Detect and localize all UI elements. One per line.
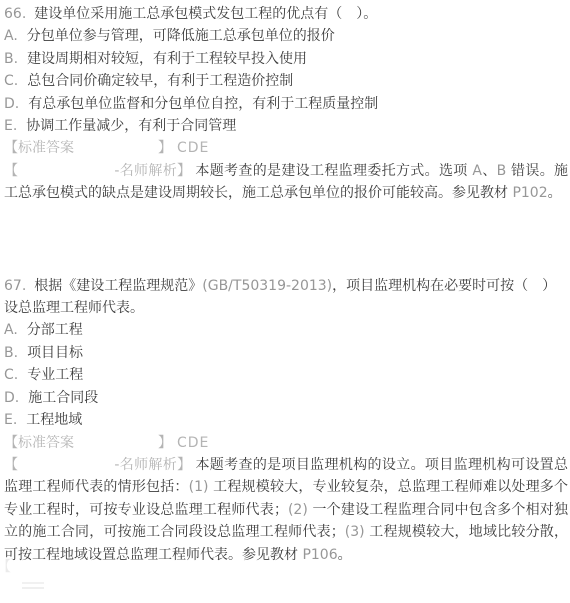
analysis-paragraph: 【-名师解析】本题考查的是建设工程监理委托方式。选项 A、B 错误。施工总承包模… xyxy=(4,160,568,205)
latin-text: (1) xyxy=(189,479,209,495)
option-text: 有总承包单位监督和分包单位自控，有利于工程质量控制 xyxy=(28,96,378,112)
analysis-paragraph: 【-名师解析】本题考查的是项目监理机构的设立。项目监理机构可设置总监理工程师代表… xyxy=(4,454,568,566)
question-number: 67. xyxy=(4,278,26,294)
option-row: C.总包合同价确定较早，有利于工程造价控制 xyxy=(4,70,568,92)
latin-text: A xyxy=(472,163,482,179)
question-stem: 66.建设单位采用施工总承包模式发包工程的优点有（ ）。 xyxy=(4,3,568,25)
question-stem: 67.根据《建设工程监理规范》(GB/T50319-2013)，项目监理机构在必… xyxy=(4,275,568,320)
faint-artifact-bracket: 【 xyxy=(0,556,11,578)
option-letter: E. xyxy=(4,409,17,431)
option-text: 工程地域 xyxy=(26,412,82,428)
option-row: A.分部工程 xyxy=(4,319,568,341)
document-page: { "colors": { "background": "#ffffff", "… xyxy=(0,0,570,603)
option-text: 分部工程 xyxy=(27,322,83,338)
analysis-label: -名师解析】 xyxy=(114,163,191,179)
options-list: A.分包单位参与管理，可降低施工总承包单位的报价 B.建设周期相对较短，有利于工… xyxy=(4,25,568,137)
option-letter: A. xyxy=(4,25,18,47)
option-letter: E. xyxy=(4,115,17,137)
option-row: C.专业工程 xyxy=(4,364,568,386)
option-letter: D. xyxy=(4,93,19,115)
question-number: 66. xyxy=(4,6,26,22)
option-row: E.工程地域 xyxy=(4,409,568,431)
option-letter: C. xyxy=(4,70,18,92)
option-row: B.项目目标 xyxy=(4,342,568,364)
analysis-bracket-open: 【 xyxy=(4,457,18,473)
answer-label-open: 【标准答案 xyxy=(4,435,74,451)
question-text: 建设单位采用施工总承包模式发包工程的优点有（ ）。 xyxy=(34,6,377,22)
option-text: 项目目标 xyxy=(27,345,83,361)
analysis-bracket-open: 【 xyxy=(4,163,18,179)
exam-content: 66.建设单位采用施工总承包模式发包工程的优点有（ ）。 A.分包单位参与管理，… xyxy=(0,0,570,566)
options-list: A.分部工程 B.项目目标 C.专业工程 D.施工合同段 E.工程地域 xyxy=(4,319,568,431)
option-text: 专业工程 xyxy=(27,367,83,383)
option-text: 总包合同价确定较早，有利于工程造价控制 xyxy=(27,73,293,89)
answer-value: CDE xyxy=(177,435,209,451)
standard-answer-row: 【标准答案】CDE xyxy=(4,432,568,454)
analysis-text: 本题考查的是项目监理机构的设立。项目监理机构可设置总监理工程师代表的情形包括：(… xyxy=(4,457,568,563)
standard-answer-row: 【标准答案】CDE xyxy=(4,137,568,159)
analysis-text: 本题考查的是建设工程监理委托方式。选项 A、B 错误。施工总承包模式的缺点是建设… xyxy=(4,163,568,201)
option-letter: A. xyxy=(4,319,18,341)
option-row: A.分包单位参与管理，可降低施工总承包单位的报价 xyxy=(4,25,568,47)
question-text: 根据《建设工程监理规范》(GB/T50319-2013)，项目监理机构在必要时可… xyxy=(4,278,556,316)
question-67-block: 67.根据《建设工程监理规范》(GB/T50319-2013)，项目监理机构在必… xyxy=(4,275,568,566)
latin-text: (GB/T50319-2013) xyxy=(202,278,332,294)
option-text: 分包单位参与管理，可降低施工总承包单位的报价 xyxy=(27,28,335,44)
option-letter: D. xyxy=(4,387,19,409)
option-text: 协调工作量减少，有利于合同管理 xyxy=(26,118,236,134)
analysis-gap xyxy=(18,174,114,175)
latin-text: P102 xyxy=(512,185,547,201)
latin-text: B xyxy=(497,163,507,179)
answer-gap xyxy=(74,151,158,152)
answer-gap xyxy=(74,446,158,447)
option-letter: B. xyxy=(4,48,18,70)
option-row: D.施工合同段 xyxy=(4,387,568,409)
question-66-block: 66.建设单位采用施工总承包模式发包工程的优点有（ ）。 A.分包单位参与管理，… xyxy=(4,3,568,205)
latin-text: P106 xyxy=(302,547,337,563)
option-letter: B. xyxy=(4,342,18,364)
option-row: D.有总承包单位监督和分包单位自控，有利于工程质量控制 xyxy=(4,93,568,115)
latin-text: (3) xyxy=(345,524,365,540)
answer-value: CDE xyxy=(177,140,209,156)
option-text: 施工合同段 xyxy=(28,390,98,406)
option-row: E.协调工作量减少，有利于合同管理 xyxy=(4,115,568,137)
latin-text: (2) xyxy=(288,502,308,518)
answer-label-close: 】 xyxy=(158,435,172,451)
answer-label-close: 】 xyxy=(158,140,172,156)
option-text: 建设周期相对较短，有利于工程较早投入使用 xyxy=(27,51,307,67)
answer-label-open: 【标准答案 xyxy=(4,140,74,156)
option-letter: C. xyxy=(4,364,18,386)
analysis-label: -名师解析】 xyxy=(114,457,191,473)
faint-artifact-smudge xyxy=(22,582,44,593)
option-row: B.建设周期相对较短，有利于工程较早投入使用 xyxy=(4,48,568,70)
analysis-gap xyxy=(18,468,114,469)
